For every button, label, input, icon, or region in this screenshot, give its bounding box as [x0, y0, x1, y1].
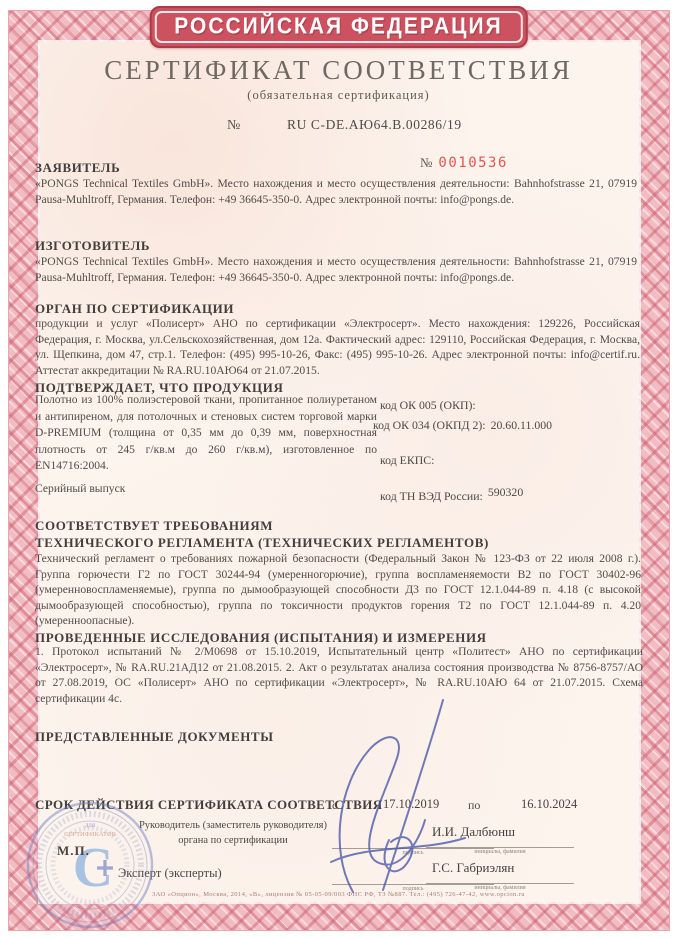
certification-stamp-icon: для СЕРТИФИКАТОВ C	[25, 800, 155, 930]
certificate-number-sign: №	[227, 118, 240, 134]
code-okp-label: код ОК 005 (ОКП):	[380, 398, 476, 412]
handwritten-signature	[325, 692, 470, 897]
code-okpd2-value: 20.60.11.000	[491, 418, 553, 432]
certificate-subtitle: (обязательная сертификация)	[0, 88, 677, 103]
applicant-body: «PONGS Technical Textiles GmbH». Место н…	[35, 176, 637, 207]
country-banner: РОССИЙСКАЯ ФЕДЕРАЦИЯ	[149, 6, 527, 48]
certification-body-heading: ОРГАН ПО СЕРТИФИКАЦИИ	[35, 301, 234, 317]
blank-serial-digits: 0010536	[438, 155, 508, 171]
product-serial-type: Серийный выпуск	[35, 481, 235, 497]
validity-to-date: 16.10.2024	[521, 797, 577, 812]
compliance-heading-1: СООТВЕТСТВУЕТ ТРЕБОВАНИЯМ	[35, 518, 273, 534]
certification-body-text: продукции и услуг «Полисерт» АНО по серт…	[35, 316, 640, 378]
country-banner-label: РОССИЙСКАЯ ФЕДЕРАЦИЯ	[174, 14, 502, 41]
blank-serial-number: №0010536	[420, 155, 508, 171]
product-description: Полотно из 100% полиэстеровой ткани, про…	[35, 392, 377, 475]
manufacturer-heading: ИЗГОТОВИТЕЛЬ	[35, 238, 150, 254]
code-okp-row: код ОК 005 (ОКП):	[380, 398, 481, 413]
applicant-heading: ЗАЯВИТЕЛЬ	[35, 160, 120, 176]
code-tnved-label: код ТН ВЭД России:	[380, 489, 483, 503]
code-ekps-label: код ЕКПС:	[380, 453, 434, 467]
code-tnved-value: 590320	[488, 485, 523, 499]
compliance-body: Технический регламент о требованиях пожа…	[35, 551, 641, 629]
documents-heading: ПРЕДСТАВЛЕННЫЕ ДОКУМЕНТЫ	[35, 729, 274, 745]
certificate-title: СЕРТИФИКАТ СООТВЕТСТВИЯ	[0, 55, 677, 86]
code-okpd2-row: код ОК 034 (ОКПД 2):20.60.11.000	[373, 418, 552, 433]
country-banner-inner: РОССИЙСКАЯ ФЕДЕРАЦИЯ	[154, 11, 522, 43]
code-okpd2-label: код ОК 034 (ОКПД 2):	[373, 418, 486, 432]
certificate-page: РОССИЙСКАЯ ФЕДЕРАЦИЯ СЕРТИФИКАТ СООТВЕТС…	[0, 0, 677, 939]
certificate-number-value: RU C-DE.АЮ64.B.00286/19	[287, 117, 462, 133]
code-tnved-row: код ТН ВЭД России:590320	[380, 489, 523, 504]
svg-text:для: для	[85, 821, 96, 829]
compliance-heading-2: ТЕХНИЧЕСКОГО РЕГЛАМЕНТА (ТЕХНИЧЕСКИХ РЕГ…	[35, 535, 489, 551]
code-ekps-row: код ЕКПС:	[380, 453, 439, 468]
blank-serial-sign: №	[420, 155, 432, 170]
manufacturer-body: «PONGS Technical Textiles GmbH». Место н…	[35, 254, 637, 285]
stamp-place-label: М.П.	[57, 843, 90, 859]
